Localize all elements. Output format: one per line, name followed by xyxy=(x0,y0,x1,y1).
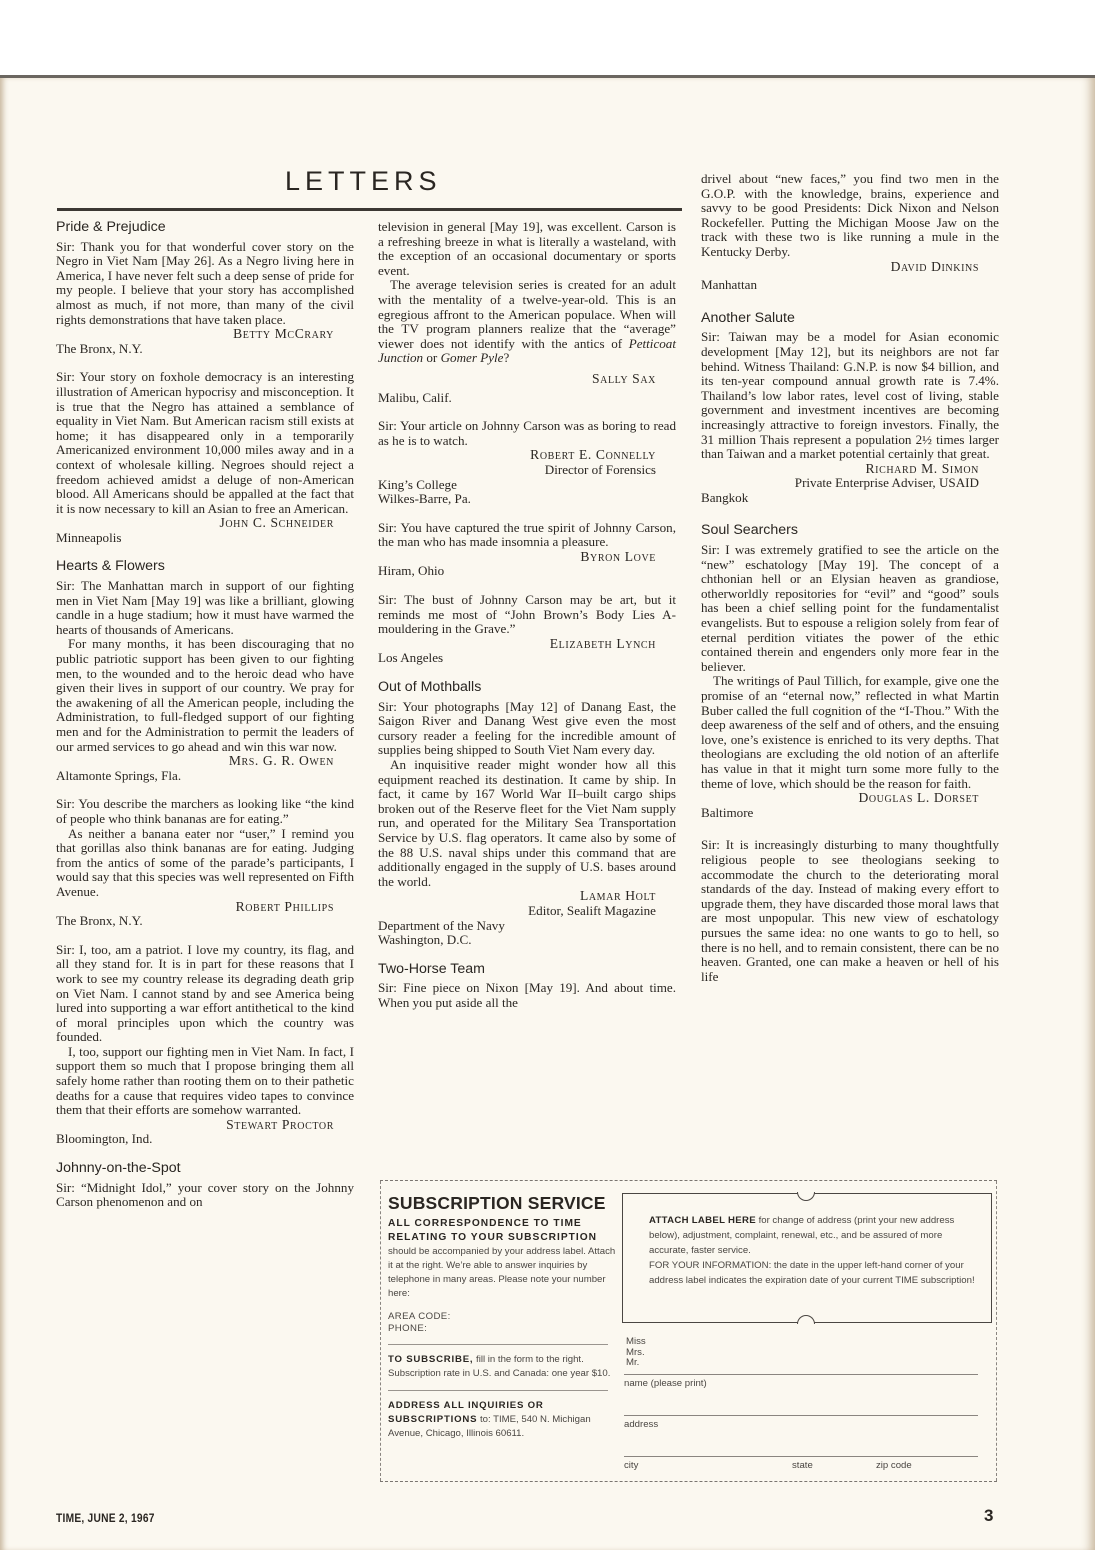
column-3: drivel about “new faces,” you find two m… xyxy=(701,172,999,998)
letter-signature: Richard M. Simon xyxy=(701,462,999,477)
letter-body: For many months, it has been discouragin… xyxy=(56,637,354,754)
letter-place: Malibu, Calif. xyxy=(378,391,676,406)
letter-body: Sir: Your article on Johnny Carson was a… xyxy=(378,419,676,448)
letter-text: ? xyxy=(503,350,509,365)
letter-text: or xyxy=(423,350,440,365)
label-notch xyxy=(797,1192,815,1201)
letter-body: As neither a banana eater nor “user,” I … xyxy=(56,827,354,900)
address-label: address xyxy=(624,1419,978,1430)
letter: Sir: Your story on foxhole democracy is … xyxy=(56,370,354,545)
subscription-caps: ALL CORRESPONDENCE TO TIME xyxy=(388,1217,616,1231)
signer-title: Private Enterprise Adviser, USAID xyxy=(701,476,999,491)
section-heading: Out of Mothballs xyxy=(378,680,676,695)
city-field-line[interactable] xyxy=(624,1456,978,1457)
address-field-line[interactable] xyxy=(624,1415,978,1416)
column-1: Pride & Prejudice Sir: Thank you for tha… xyxy=(56,220,354,1210)
letter: Sir: You describe the marchers as lookin… xyxy=(56,797,354,928)
letter-place: The Bronx, N.Y. xyxy=(56,914,354,929)
section-heading: Johnny-on-the-Spot xyxy=(56,1161,354,1176)
letter-place: King’s College xyxy=(378,478,676,493)
letter-body: television in general [May 19], was exce… xyxy=(378,220,676,278)
subscription-intro: should be accompanied by your address la… xyxy=(388,1245,616,1301)
address-form: Miss Mrs. Mr. name (please print) addres… xyxy=(624,1337,978,1471)
section-heading: Soul Searchers xyxy=(701,523,999,538)
letter-place: Hiram, Ohio xyxy=(378,564,676,579)
letter-body: Sir: Thank you for that wonderful cover … xyxy=(56,240,354,328)
letter: Sir: Your photographs [May 12] of Danang… xyxy=(378,700,676,948)
letter: Sir: I was extremely gratified to see th… xyxy=(701,543,999,820)
section-heading: Two-Horse Team xyxy=(378,962,676,977)
section-heading: Pride & Prejudice xyxy=(56,220,354,235)
subscribe-instructions: TO SUBSCRIBE, fill in the form to the ri… xyxy=(388,1353,616,1381)
label-instructions: ATTACH LABEL HERE for change of address … xyxy=(649,1213,979,1258)
state-label: state xyxy=(792,1460,876,1471)
column-2: television in general [May 19], was exce… xyxy=(378,220,676,1011)
city-label: city xyxy=(624,1460,792,1471)
letter-body: Sir: Your story on foxhole democracy is … xyxy=(56,370,354,516)
letter: Sir: Thank you for that wonderful cover … xyxy=(56,240,354,357)
letter-signature: Sally Sax xyxy=(378,372,676,387)
letter-place: Altamonte Springs, Fla. xyxy=(56,769,354,784)
salutation-options[interactable]: Miss Mrs. Mr. xyxy=(624,1337,978,1369)
letter-signature: Douglas L. Dorset xyxy=(701,791,999,806)
letter: Sir: The Manhattan march in support of o… xyxy=(56,579,354,783)
attach-label-box[interactable]: ATTACH LABEL HERE for change of address … xyxy=(622,1193,992,1323)
letter-body: Sir: The Manhattan march in support of o… xyxy=(56,579,354,637)
phone-fields: AREA CODE: PHONE: xyxy=(388,1311,616,1335)
letter-body: Sir: Taiwan may be a model for Asian eco… xyxy=(701,330,999,461)
letter-body: Sir: The bust of Johnny Carson may be ar… xyxy=(378,593,676,637)
subscription-info: SUBSCRIPTION SERVICE ALL CORRESPONDENCE … xyxy=(388,1193,616,1441)
letter-signature: Byron Love xyxy=(378,550,676,565)
letter-signature: Robert E. Connelly xyxy=(378,448,676,463)
letter-body: The average television series is created… xyxy=(378,278,676,366)
letter-body: Sir: Your photographs [May 12] of Danang… xyxy=(378,700,676,758)
page-title: LETTERS xyxy=(285,168,445,195)
page-number: 3 xyxy=(984,1506,993,1526)
letter-place: Baltimore xyxy=(701,806,999,821)
area-code-field[interactable]: AREA CODE: xyxy=(388,1311,616,1323)
section-heading: Hearts & Flowers xyxy=(56,559,354,574)
letter: television in general [May 19], was exce… xyxy=(378,220,676,405)
city-state-zip-labels: city state zip code xyxy=(624,1460,978,1471)
salutation-mrs[interactable]: Mrs. xyxy=(626,1348,978,1359)
letter-signature: Lamar Holt xyxy=(378,889,676,904)
divider xyxy=(388,1390,608,1391)
letter-body: I, too, support our fighting men in Viet… xyxy=(56,1045,354,1118)
letter-place: Bangkok xyxy=(701,491,999,506)
letter-body: drivel about “new faces,” you find two m… xyxy=(701,172,999,260)
letter-signature: Stewart Proctor xyxy=(56,1118,354,1133)
letter-body: The writings of Paul Tillich, for exampl… xyxy=(701,674,999,791)
letter-place: Los Angeles xyxy=(378,651,676,666)
letter: Sir: It is increasingly disturbing to ma… xyxy=(701,838,999,984)
address-instructions: ADDRESS ALL INQUIRIES OR SUBSCRIPTIONS t… xyxy=(388,1399,616,1441)
letter-body: Sir: I, too, am a patriot. I love my cou… xyxy=(56,943,354,1045)
label-notch xyxy=(797,1315,815,1324)
letter-signature: John C. Schneider xyxy=(56,516,354,531)
cut-line xyxy=(380,1181,381,1481)
letter-place: Wilkes-Barre, Pa. xyxy=(378,492,676,507)
cut-line xyxy=(996,1181,997,1481)
letter-place: Minneapolis xyxy=(56,531,354,546)
letter-signature: David Dinkins xyxy=(701,260,999,275)
letter: drivel about “new faces,” you find two m… xyxy=(701,172,999,293)
section-heading: Another Salute xyxy=(701,311,999,326)
letter-place: Washington, D.C. xyxy=(378,933,676,948)
subscribe-bold: TO SUBSCRIBE, xyxy=(388,1354,473,1365)
name-field-line[interactable] xyxy=(624,1374,978,1375)
letter-body: An inquisitive reader might wonder how a… xyxy=(378,758,676,889)
zip-label: zip code xyxy=(876,1460,912,1471)
letter-body: Sir: You have captured the true spirit o… xyxy=(378,521,676,550)
letter-place: The Bronx, N.Y. xyxy=(56,342,354,357)
name-label: name (please print) xyxy=(624,1378,978,1389)
phone-field[interactable]: PHONE: xyxy=(388,1323,616,1335)
letter-signature: Robert Phillips xyxy=(56,900,354,915)
signer-title: Director of Forensics xyxy=(378,463,676,478)
signer-title: Editor, Sealift Magazine xyxy=(378,904,676,919)
subscription-coupon: SUBSCRIPTION SERVICE ALL CORRESPONDENCE … xyxy=(380,1180,997,1482)
letter: Sir: You have captured the true spirit o… xyxy=(378,521,676,579)
salutation-miss[interactable]: Miss xyxy=(626,1337,978,1348)
letter-place: Bloomington, Ind. xyxy=(56,1132,354,1147)
label-bold: ATTACH LABEL HERE xyxy=(649,1215,756,1226)
letter-signature: Mrs. G. R. Owen xyxy=(56,754,354,769)
letter-place: Department of the Navy xyxy=(378,919,676,934)
letter-body: Sir: It is increasingly disturbing to ma… xyxy=(701,838,999,984)
letter: Sir: Your article on Johnny Carson was a… xyxy=(378,419,676,507)
letter: Sir: The bust of Johnny Carson may be ar… xyxy=(378,593,676,666)
letter-signature: Elizabeth Lynch xyxy=(378,637,676,652)
divider xyxy=(388,1344,608,1345)
letter: Sir: I, too, am a patriot. I love my cou… xyxy=(56,943,354,1147)
subscription-title: SUBSCRIPTION SERVICE xyxy=(388,1193,616,1213)
subscription-caps: RELATING TO YOUR SUBSCRIPTION xyxy=(388,1231,616,1245)
title-rule xyxy=(57,208,682,211)
letter-body: Sir: I was extremely gratified to see th… xyxy=(701,543,999,674)
label-info: FOR YOUR INFORMATION: the date in the up… xyxy=(649,1258,979,1288)
letter: Sir: Taiwan may be a model for Asian eco… xyxy=(701,330,999,505)
issue-date: TIME, JUNE 2, 1967 xyxy=(56,1511,155,1525)
letter-body: Sir: “Midnight Idol,” your cover story o… xyxy=(56,1181,354,1210)
show-title: Gomer Pyle xyxy=(441,350,504,365)
letter-body: Sir: You describe the marchers as lookin… xyxy=(56,797,354,826)
letter-signature: Betty McCrary xyxy=(56,327,354,342)
salutation-mr[interactable]: Mr. xyxy=(626,1358,978,1369)
letter-body: Sir: Fine piece on Nixon [May 19]. And a… xyxy=(378,981,676,1010)
letter-place: Manhattan xyxy=(701,278,999,293)
